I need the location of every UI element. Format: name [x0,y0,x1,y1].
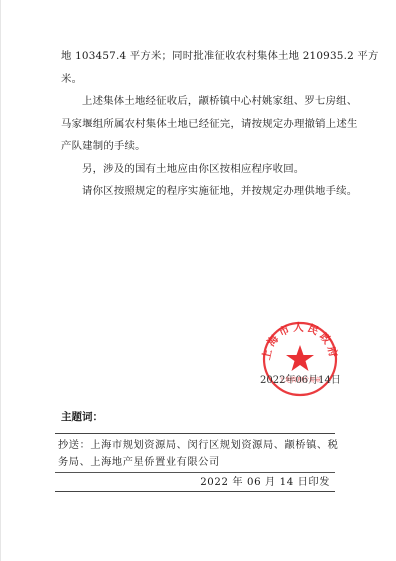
body-line: 产队建制的手续。 [61,139,146,153]
print-date: 2022 年 06 月 14 日印发 [200,476,330,490]
body-line: 另，涉及的国有土地应由你区按相应程序收回。 [82,162,304,176]
divider [55,491,335,492]
body-line: 马家堰组所属农村集体土地已经征完，请按规定办理撤销上述生 [61,117,358,131]
signature-date: 2022年06月14日 [260,374,341,388]
cc-line: 务局、上海地产星侨置业有限公司 [58,456,220,470]
subject-words-label: 主题词： [61,410,103,424]
document-page: 地 103457.4 平方米；同时批准征收农村集体土地 210935.2 平方 … [0,0,396,561]
body-line: 米。 [61,72,82,86]
divider [55,472,335,473]
body-line: 地 103457.4 平方米；同时批准征收农村集体土地 210935.2 平方 [61,49,379,63]
body-line: 请你区按照规定的程序实施征地，并按规定办理供地手续。 [82,184,357,198]
body-line: 上述集体土地经征收后，颛桥镇中心村姚家组、罗七房组、 [82,94,357,108]
cc-line: 抄送：上海市规划资源局、闵行区规划资源局、颛桥镇、税 [58,439,338,453]
divider [55,433,335,434]
